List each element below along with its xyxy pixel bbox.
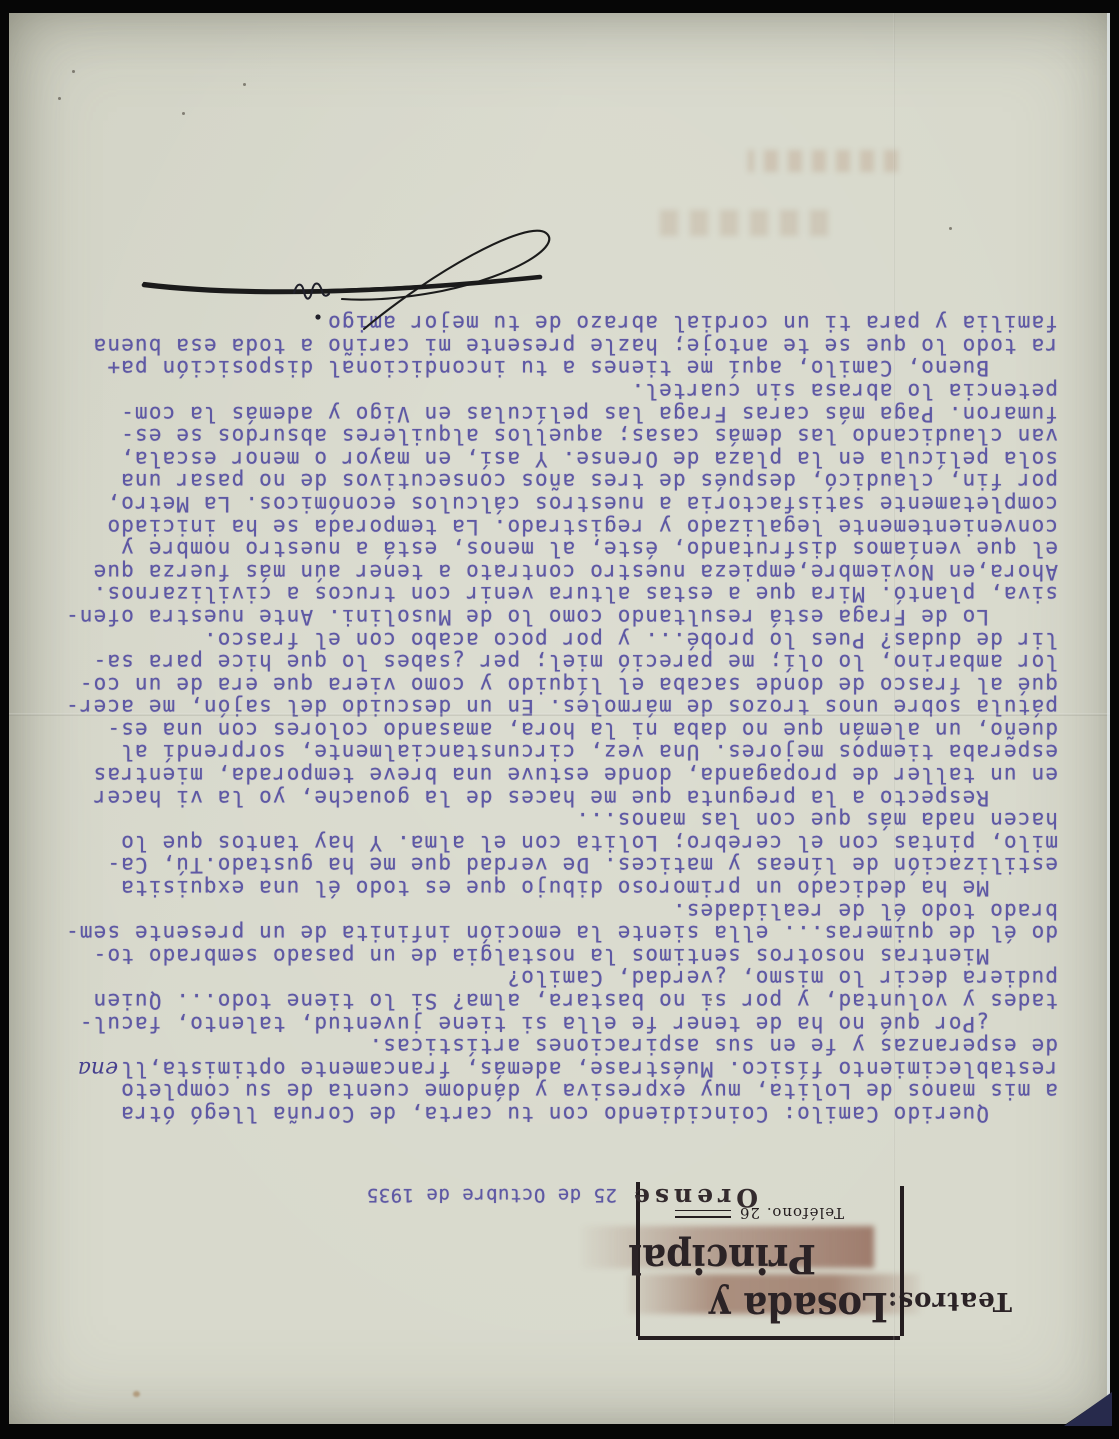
clipped-corner-shadow	[1064, 1392, 1112, 1426]
letter-body: Querido Camilo: Coincidiendo con tu cart…	[48, 312, 1058, 1125]
typed-line: por fin, claudicó, después de tres años …	[48, 470, 1058, 493]
typed-line: convenientemente legalizado y registrado…	[48, 515, 1058, 538]
typed-line: milo, pintas con el cerebro; Lolita con …	[48, 831, 1058, 854]
typed-line: pátula sobre unos trozos de mármoles. En…	[48, 696, 1058, 719]
letterhead-name-line2: Principal	[628, 1235, 816, 1282]
ink-dot	[315, 314, 320, 319]
signature-flourish	[132, 217, 562, 332]
letterhead-rule	[638, 1336, 900, 1340]
typed-line: Respecto a la pregunta que me haces de l…	[48, 786, 1058, 809]
letterhead-rule	[900, 1186, 904, 1336]
typed-line: esperaba tiempos mejores. Una vez, circu…	[48, 741, 1058, 764]
handwritten-word: ena	[78, 1056, 118, 1081]
typed-line: hacen nada más que con las manos...	[48, 809, 1058, 832]
typed-line: ra todo lo que se te antoje; hazle prese…	[48, 334, 1058, 357]
typed-line: dueño, un alemán que no daba ni la hora,…	[48, 718, 1058, 741]
typed-line: el que veníamos disfrutando, éste, al me…	[48, 538, 1058, 561]
typed-line: de esperanzas y fe en sus aspiraciones a…	[48, 1035, 1058, 1058]
paper-speck	[709, 998, 712, 1001]
typed-line: qué al frasco de donde sacaba el líquido…	[48, 673, 1058, 696]
typed-line: fumaron. Paga más caras Fraga las pelícu…	[48, 402, 1058, 425]
paper-stain	[133, 1391, 140, 1397]
paper-edge-highlight	[1107, 13, 1110, 1424]
typed-line: Mientras nosotros sentimos la nostalgia …	[48, 944, 1058, 967]
typed-line: restablecimiento físico. Muéstrase, adem…	[48, 1057, 1058, 1080]
typed-line: a mis manos de Lolita, muy expresiva y d…	[48, 1080, 1058, 1103]
letter-paper: Teatros: Losada y Principal Teléfono. 26…	[9, 13, 1110, 1424]
typed-line: brado todo él de realidades.	[48, 899, 1058, 922]
bleed-through-ghost-text	[748, 150, 898, 172]
paper-speck	[182, 112, 185, 115]
dateline-city: Orense	[629, 1183, 758, 1212]
typed-line: Bueno, Camilo, aquí me tienes a tu incon…	[48, 357, 1058, 380]
typed-line: sola película en la plaza de Orense. Y a…	[48, 447, 1058, 470]
paper-speck	[58, 97, 61, 100]
typed-line: lor ambarino, lo olí; me pareció miel; p…	[48, 651, 1058, 674]
letterhead-theaters-label: Teatros:	[887, 1286, 1012, 1316]
typed-line: pudiera decir lo mismo, ¿verdad, Camilo?	[48, 967, 1058, 990]
typed-line: petencia lo abrasa sin cuartel.	[48, 379, 1058, 402]
typed-line: estilización de líneas y matices. De ver…	[48, 854, 1058, 877]
paper-speck	[72, 70, 75, 73]
typed-line: siva, plantó. Mira que a estas altura ve…	[48, 583, 1058, 606]
dateline-date: 25 de Octubre de 1935	[366, 1184, 617, 1206]
typed-line: van claudicando las demás casas; aquello…	[48, 425, 1058, 448]
bleed-through-ghost-text	[660, 210, 828, 236]
typed-line: lir de dudas? Pues lo probé... y por poc…	[48, 628, 1058, 651]
scanned-letter: Teatros: Losada y Principal Teléfono. 26…	[0, 0, 1119, 1439]
typed-line: tades y voluntad, y por si no bastara, a…	[48, 989, 1058, 1012]
paper-speck	[949, 227, 952, 230]
typed-line: Me ha dedicado un primoroso dibujo que e…	[48, 876, 1058, 899]
typed-line: completamente satisfactoria a nuestros c…	[48, 492, 1058, 515]
typed-line: ¿Por qué no ha de tener fe ella si tiene…	[48, 1012, 1058, 1035]
paper-speck	[243, 83, 246, 86]
typed-line: Lo de Fraga está resultando como lo de M…	[48, 605, 1058, 628]
dateline: Orense25 de Octubre de 1935	[366, 1183, 758, 1212]
typed-line: en un taller de propaganda, donde estuve…	[48, 764, 1058, 787]
typed-line: Querido Camilo: Coincidiendo con tu cart…	[48, 1102, 1058, 1125]
rotated-letter-content: Teatros: Losada y Principal Teléfono. 26…	[9, 13, 1110, 1424]
typed-line: Ahora,en Noviembre,empieza nuestro contr…	[48, 560, 1058, 583]
typed-line: do él de quimeras... ella siente la emoc…	[48, 922, 1058, 945]
letterhead-name-line1: Losada y	[709, 1283, 888, 1330]
